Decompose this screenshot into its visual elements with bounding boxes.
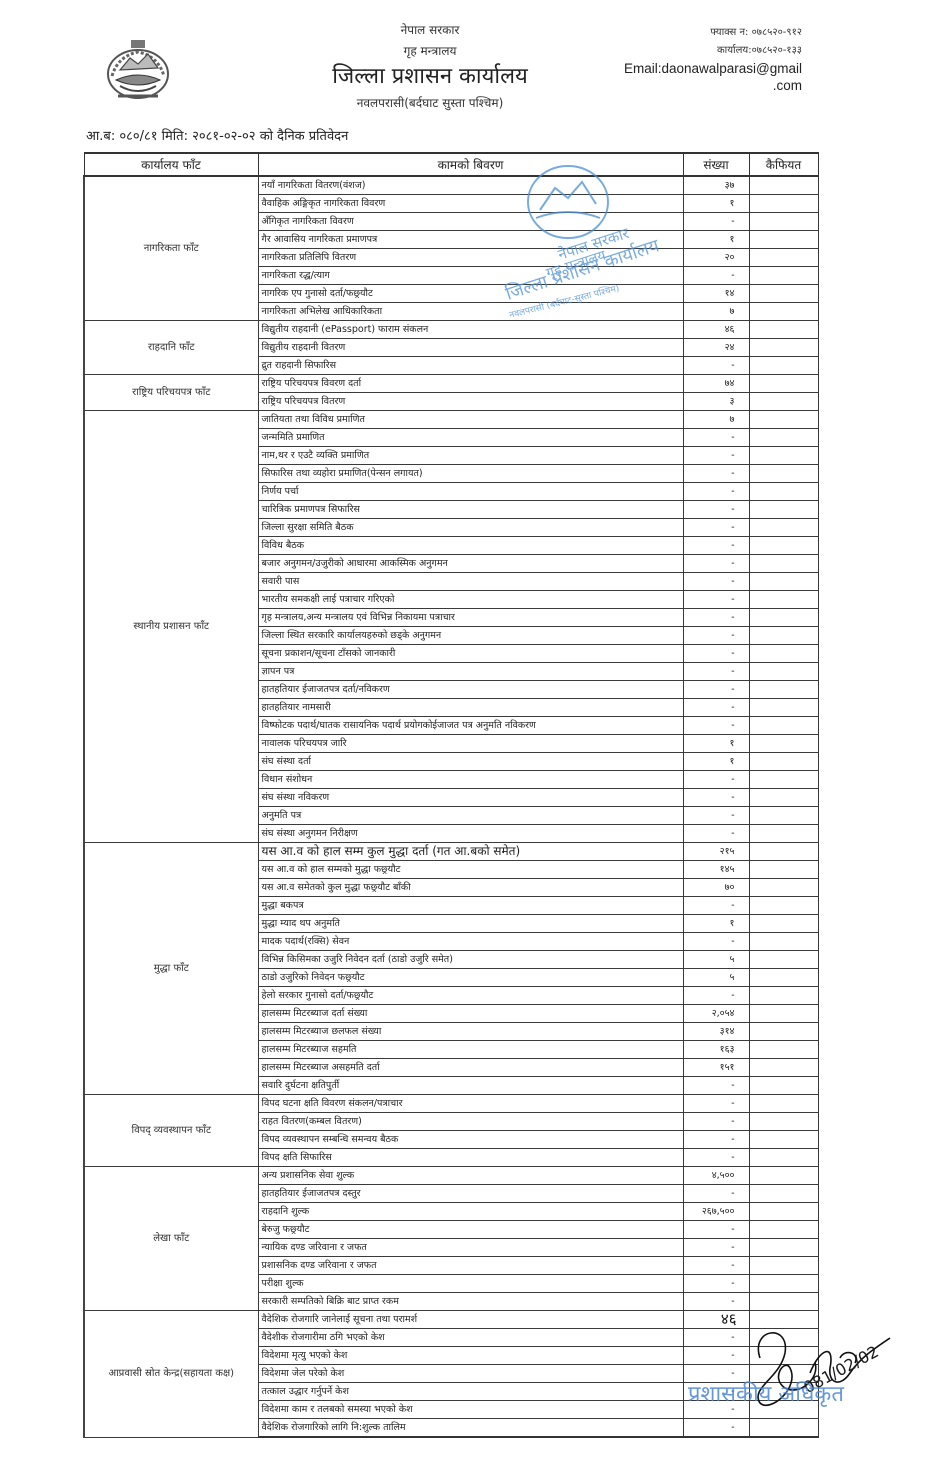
table-row: राष्ट्रिय परिचयपत्र फाँटराष्ट्रिय परिचयप…	[84, 375, 818, 393]
count-value: -	[683, 1221, 749, 1239]
work-description: विष्फोटक पदार्थ/घातक रासायनिक पदार्थ प्र…	[258, 717, 683, 735]
count-value: -	[683, 699, 749, 717]
remarks-cell	[749, 717, 818, 735]
work-description: विधान संशोधन	[258, 771, 683, 789]
remarks-cell	[749, 519, 818, 537]
remarks-cell	[749, 1239, 818, 1257]
count-value: २४	[683, 339, 749, 357]
count-value: २०	[683, 249, 749, 267]
column-header-count: संख्या	[683, 153, 749, 176]
work-description: विपद घटना क्षति विवरण संकलन/पत्राचार	[258, 1095, 683, 1113]
count-value: -	[683, 267, 749, 285]
count-value: २१५	[683, 843, 749, 861]
government-name: नेपाल सरकार	[290, 20, 570, 40]
remarks-cell	[749, 861, 818, 879]
work-description: यस आ.व को हाल सम्मको मुद्धा फछ्र्यौट	[258, 861, 683, 879]
count-value: -	[683, 1419, 749, 1438]
count-value: -	[683, 501, 749, 519]
count-value: ३७	[683, 176, 749, 195]
remarks-cell	[749, 213, 818, 231]
remarks-cell	[749, 1023, 818, 1041]
work-description: सूचना प्रकाशन/सूचना टाँसको जानकारी	[258, 645, 683, 663]
work-description: राहत वितरण(कम्बल वितरण)	[258, 1113, 683, 1131]
work-description: जातियता तथा विविध प्रमाणित	[258, 411, 683, 429]
table-row: आप्रवासी स्रोत केन्द्र(सहायता कक्ष)वैदेश…	[84, 1311, 818, 1329]
contact-info: फ्याक्स न: ०७८५२०-९१२ कार्यालय:०७८५२०-१३…	[542, 24, 802, 94]
work-description: राहदानि शुल्क	[258, 1203, 683, 1221]
remarks-cell	[749, 375, 818, 393]
work-description: विपद क्षति सिफारिस	[258, 1149, 683, 1167]
count-value: १६३	[683, 1041, 749, 1059]
remarks-cell	[749, 1059, 818, 1077]
count-value: -	[683, 1401, 749, 1419]
work-description: हातहतियार ईजाजतपत्र दस्तुर	[258, 1185, 683, 1203]
count-value: -	[683, 1365, 749, 1383]
remarks-cell	[749, 573, 818, 591]
remarks-cell	[749, 627, 818, 645]
remarks-cell	[749, 483, 818, 501]
work-description: अन्य प्रशासनिक सेवा शुल्क	[258, 1167, 683, 1185]
count-value: -	[683, 1149, 749, 1167]
remarks-cell	[749, 879, 818, 897]
remarks-cell	[749, 1167, 818, 1185]
work-description: परीक्षा शुल्क	[258, 1275, 683, 1293]
remarks-cell	[749, 1401, 818, 1419]
count-value: १४५	[683, 861, 749, 879]
count-value: -	[683, 1113, 749, 1131]
work-description: सरकारी सम्पतिको बिक्रि बाट प्राप्त रकम	[258, 1293, 683, 1311]
remarks-cell	[749, 393, 818, 411]
remarks-cell	[749, 897, 818, 915]
remarks-cell	[749, 591, 818, 609]
work-description: हालसम्म मिटरब्याज सहमति	[258, 1041, 683, 1059]
table-row: नागरिकता फाँटनयाँ नागरिकता वितरण(वंशज)३७	[84, 176, 818, 195]
work-description: हातहतियार नामसारी	[258, 699, 683, 717]
count-value: -	[683, 447, 749, 465]
section-name: आप्रवासी स्रोत केन्द्र(सहायता कक्ष)	[84, 1311, 258, 1438]
column-header-section: कार्यालय फाँट	[84, 153, 258, 176]
count-value: ३	[683, 393, 749, 411]
work-description: वैदेशीक रोजगारीमा ठगि भएको केश	[258, 1329, 683, 1347]
count-value: १५१	[683, 1059, 749, 1077]
count-value: -	[683, 1293, 749, 1311]
remarks-cell	[749, 1383, 818, 1401]
table-row: मुद्धा फाँटयस आ.व को हाल सम्म कुल मुद्धा…	[84, 843, 818, 861]
office-title: जिल्ला प्रशासन कार्यालय	[290, 62, 570, 92]
work-description: प्रशासनिक दण्ड जरिवाना र जफत	[258, 1257, 683, 1275]
count-value: ४६	[683, 1311, 749, 1329]
count-value: -	[683, 645, 749, 663]
count-value: -	[683, 429, 749, 447]
work-description: नागरिकता प्रतिलिपि वितरण	[258, 249, 683, 267]
count-value: २,०५४	[683, 1005, 749, 1023]
count-value: ७	[683, 303, 749, 321]
section-name: स्थानीय प्रशासन फाँट	[84, 411, 258, 843]
work-description: विभिन्न किसिमका उजुरि निवेदन दर्ता (ठाडो…	[258, 951, 683, 969]
remarks-cell	[749, 465, 818, 483]
count-value: -	[683, 771, 749, 789]
remarks-cell	[749, 411, 818, 429]
count-value: १	[683, 231, 749, 249]
count-value: -	[683, 1257, 749, 1275]
table-body: नागरिकता फाँटनयाँ नागरिकता वितरण(वंशज)३७…	[84, 176, 818, 1437]
table-row: लेखा फाँटअन्य प्रशासनिक सेवा शुल्क४,५००	[84, 1167, 818, 1185]
count-value: १	[683, 753, 749, 771]
count-value: ५	[683, 951, 749, 969]
remarks-cell	[749, 1113, 818, 1131]
section-name: नागरिकता फाँट	[84, 176, 258, 321]
work-description: न्यायिक दण्ड जरिवाना र जफत	[258, 1239, 683, 1257]
work-description: संघ संस्था दर्ता	[258, 753, 683, 771]
work-description: नावालक परिचयपत्र जारि	[258, 735, 683, 753]
count-value: -	[683, 681, 749, 699]
remarks-cell	[749, 825, 818, 843]
remarks-cell	[749, 987, 818, 1005]
work-description: हालसम्म मिटरब्याज दर्ता संख्या	[258, 1005, 683, 1023]
work-description: हेलो सरकार गुनासो दर्ता/फछ्र्यौट	[258, 987, 683, 1005]
count-value: -	[683, 1185, 749, 1203]
remarks-cell	[749, 1257, 818, 1275]
section-name: लेखा फाँट	[84, 1167, 258, 1311]
remarks-cell	[749, 1311, 818, 1329]
count-value: ७०	[683, 879, 749, 897]
count-value: -	[683, 1239, 749, 1257]
work-description: विद्युतीय राहदानी वितरण	[258, 339, 683, 357]
remarks-cell	[749, 681, 818, 699]
count-value: -	[683, 573, 749, 591]
count-value: -	[683, 627, 749, 645]
work-description: अनुमति पत्र	[258, 807, 683, 825]
remarks-cell	[749, 447, 818, 465]
work-description: विपद व्यवस्थापन सम्बन्धि समन्वय बैठक	[258, 1131, 683, 1149]
count-value: -	[683, 537, 749, 555]
remarks-cell	[749, 537, 818, 555]
remarks-cell	[749, 429, 818, 447]
remarks-cell	[749, 339, 818, 357]
table-header-row: कार्यालय फाँट कामको बिवरण संख्या कैफियत	[84, 153, 818, 176]
work-description: बजार अनुगमन/उजुरीको आधारमा आकस्मिक अनुगम…	[258, 555, 683, 573]
work-description: मुद्धा म्याद थप अनुमति	[258, 915, 683, 933]
work-description: जिल्ला स्थित सरकारि कार्यालयहरुको छड्के …	[258, 627, 683, 645]
count-value: -	[683, 1383, 749, 1401]
work-description: सवारी पास	[258, 573, 683, 591]
count-value: -	[683, 1275, 749, 1293]
work-description: वैदेशिक रोजगारि जानेलाई सूचना तथा परामर्…	[258, 1311, 683, 1329]
remarks-cell	[749, 1329, 818, 1347]
count-value: -	[683, 663, 749, 681]
remarks-cell	[749, 699, 818, 717]
report-title: आ.ब: ०८०/८१ मिति: २०८१-०२-०२ को दैनिक प्…	[86, 126, 348, 144]
remarks-cell	[749, 1419, 818, 1438]
remarks-cell	[749, 645, 818, 663]
work-description: नागरिकता रद्ध/त्याग	[258, 267, 683, 285]
remarks-cell	[749, 807, 818, 825]
column-header-remarks: कैफियत	[749, 153, 818, 176]
remarks-cell	[749, 1203, 818, 1221]
remarks-cell	[749, 1347, 818, 1365]
work-description: हालसम्म मिटरब्याज असहमति दर्ता	[258, 1059, 683, 1077]
remarks-cell	[749, 663, 818, 681]
work-description: द्रुत राहदानी सिफारिस	[258, 357, 683, 375]
remarks-cell	[749, 303, 818, 321]
work-description: गैर आवासिय नागरिकता प्रमाणपत्र	[258, 231, 683, 249]
work-description: विदेशमा जेल परेको केश	[258, 1365, 683, 1383]
section-name: राष्ट्रिय परिचयपत्र फाँट	[84, 375, 258, 411]
count-value: -	[683, 1095, 749, 1113]
ministry-name: गृह मन्त्रालय	[290, 40, 570, 62]
email-line-2: .com	[542, 77, 802, 94]
count-value: १४	[683, 285, 749, 303]
work-description: गृह मन्त्रालय,अन्य मन्त्रालय एवं विभिन्न…	[258, 609, 683, 627]
work-description: संघ संस्था नविकरण	[258, 789, 683, 807]
remarks-cell	[749, 357, 818, 375]
remarks-cell	[749, 1005, 818, 1023]
work-description: सिफारिस तथा व्यहोरा प्रमाणित(पेन्सन लगाय…	[258, 465, 683, 483]
count-value: १	[683, 915, 749, 933]
count-value: ४६	[683, 321, 749, 339]
remarks-cell	[749, 267, 818, 285]
count-value: ३१४	[683, 1023, 749, 1041]
work-description: विद्युतीय राहदानी (ePassport) फाराम संकल…	[258, 321, 683, 339]
remarks-cell	[749, 1365, 818, 1383]
count-value: ५	[683, 969, 749, 987]
remarks-cell	[749, 609, 818, 627]
remarks-cell	[749, 735, 818, 753]
remarks-cell	[749, 555, 818, 573]
count-value: -	[683, 1131, 749, 1149]
work-description: वैवाहिक अङ्गिकृत नागरिकता विवरण	[258, 195, 683, 213]
nepal-emblem-icon	[98, 36, 178, 102]
remarks-cell	[749, 249, 818, 267]
remarks-cell	[749, 1185, 818, 1203]
work-description: मुद्धा बकपत्र	[258, 897, 683, 915]
remarks-cell	[749, 915, 818, 933]
work-description: चारित्रिक प्रमाणपत्र सिफारिस	[258, 501, 683, 519]
work-description: नागरिकता अभिलेख आधिकारिकता	[258, 303, 683, 321]
work-description: यस आ.व समेतको कुल मुद्धा फछ्र्यौट बाँकी	[258, 879, 683, 897]
count-value: -	[683, 1329, 749, 1347]
work-description: वैदेशिक रोजगारिको लागि नि:शुल्क तालिम	[258, 1419, 683, 1438]
work-description: ज्ञापन पत्र	[258, 663, 683, 681]
section-name: मुद्धा फाँट	[84, 843, 258, 1095]
remarks-cell	[749, 1149, 818, 1167]
work-description: जिल्ला सुरक्षा समिति बैठक	[258, 519, 683, 537]
count-value: -	[683, 465, 749, 483]
count-value: १	[683, 735, 749, 753]
count-value: -	[683, 789, 749, 807]
remarks-cell	[749, 753, 818, 771]
remarks-cell	[749, 1095, 818, 1113]
count-value: ४,५००	[683, 1167, 749, 1185]
count-value: -	[683, 609, 749, 627]
count-value: ७	[683, 411, 749, 429]
work-description: ठाडो उजुरिको निवेदन फछ्र्यौट	[258, 969, 683, 987]
count-value: -	[683, 591, 749, 609]
remarks-cell	[749, 1221, 818, 1239]
count-value: -	[683, 825, 749, 843]
work-description: हातहतियार ईजाजतपत्र दर्ता/नविकरण	[258, 681, 683, 699]
work-description: विदेशमा काम र तलबको समस्या भएको केश	[258, 1401, 683, 1419]
office-location: नवलपरासी(बर्दघाट सुस्ता पश्चिम)	[290, 92, 570, 114]
work-description: राष्ट्रिय परिचयपत्र विवरण दर्ता	[258, 375, 683, 393]
count-value: ७४	[683, 375, 749, 393]
remarks-cell	[749, 951, 818, 969]
section-name: विपद् व्यवस्थापन फाँट	[84, 1095, 258, 1167]
count-value: -	[683, 1347, 749, 1365]
work-description: तत्काल उद्धार गर्नुपर्ने केश	[258, 1383, 683, 1401]
work-description: विदेशमा मृत्यु भएको केश	[258, 1347, 683, 1365]
remarks-cell	[749, 1131, 818, 1149]
work-description: बेरुजु फछ्र्यौट	[258, 1221, 683, 1239]
count-value: -	[683, 933, 749, 951]
remarks-cell	[749, 843, 818, 861]
remarks-cell	[749, 1077, 818, 1095]
daily-report-table: कार्यालय फाँट कामको बिवरण संख्या कैफियत …	[83, 152, 819, 1438]
count-value: -	[683, 519, 749, 537]
work-description: विविध बैठक	[258, 537, 683, 555]
remarks-cell	[749, 1041, 818, 1059]
table-row: विपद् व्यवस्थापन फाँटविपद घटना क्षति विव…	[84, 1095, 818, 1113]
remarks-cell	[749, 231, 818, 249]
table-row: स्थानीय प्रशासन फाँटजातियता तथा विविध प्…	[84, 411, 818, 429]
count-value: -	[683, 1077, 749, 1095]
remarks-cell	[749, 501, 818, 519]
work-description: मादक पदार्थ(रक्सि) सेवन	[258, 933, 683, 951]
count-value: -	[683, 357, 749, 375]
fax-number: फ्याक्स न: ०७८५२०-९१२	[542, 24, 802, 42]
work-description: अँगिकृत नागरिकता विवरण	[258, 213, 683, 231]
count-value: -	[683, 987, 749, 1005]
count-value: १	[683, 195, 749, 213]
remarks-cell	[749, 1275, 818, 1293]
work-description: राष्ट्रिय परिचयपत्र वितरण	[258, 393, 683, 411]
remarks-cell	[749, 1293, 818, 1311]
work-description: संघ संस्था अनुगमन निरीक्षण	[258, 825, 683, 843]
count-value: -	[683, 807, 749, 825]
column-header-description: कामको बिवरण	[258, 153, 683, 176]
work-description: निर्णय पर्चा	[258, 483, 683, 501]
letterhead: नेपाल सरकार गृह मन्त्रालय जिल्ला प्रशासन…	[290, 20, 570, 114]
table-row: राहदानि फाँटविद्युतीय राहदानी (ePassport…	[84, 321, 818, 339]
work-description: नयाँ नागरिकता वितरण(वंशज)	[258, 176, 683, 195]
work-description: हालसम्म मिटरब्याज छलफल संख्या	[258, 1023, 683, 1041]
work-description: नाम,थर र एउटै व्यक्ति प्रमाणित	[258, 447, 683, 465]
count-value: -	[683, 555, 749, 573]
work-description: सवारि दुर्घटना क्षतिपुर्ती	[258, 1077, 683, 1095]
work-description: यस आ.व को हाल सम्म कुल मुद्धा दर्ता (गत …	[258, 843, 683, 861]
remarks-cell	[749, 285, 818, 303]
office-phone: कार्यालय:०७८५२०-१३३	[542, 42, 802, 60]
section-name: राहदानि फाँट	[84, 321, 258, 375]
count-value: २६७,५००	[683, 1203, 749, 1221]
remarks-cell	[749, 195, 818, 213]
count-value: -	[683, 483, 749, 501]
remarks-cell	[749, 321, 818, 339]
count-value: -	[683, 717, 749, 735]
remarks-cell	[749, 771, 818, 789]
remarks-cell	[749, 969, 818, 987]
work-description: भारतीय समकक्षी लाई पत्राचार गरिएको	[258, 591, 683, 609]
work-description: जन्ममिति प्रमाणित	[258, 429, 683, 447]
remarks-cell	[749, 789, 818, 807]
work-description: नागरिक एप गुनासो दर्ता/फछ्र्यौट	[258, 285, 683, 303]
email-line-1: Email:daonawalparasi@gmail	[542, 60, 802, 77]
remarks-cell	[749, 933, 818, 951]
remarks-cell	[749, 176, 818, 195]
count-value: -	[683, 897, 749, 915]
count-value: -	[683, 213, 749, 231]
